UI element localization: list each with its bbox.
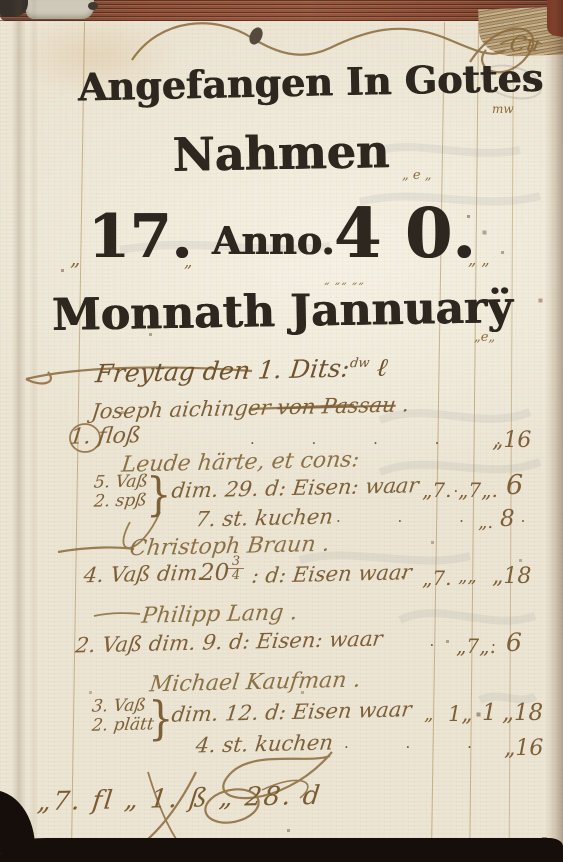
ledger-row: 7. st. kuchen · · · · „. 8 — [0, 506, 563, 536]
ledger-row: Christoph Braun . — [0, 534, 563, 564]
day-heading: Freytag den 1. Dits:dw ℓ — [94, 353, 389, 390]
dot-leaders: · · · — [344, 738, 498, 756]
dot-leaders: · · · · — [336, 512, 551, 530]
goods-quantity: 4. Vaß dim. — [82, 561, 205, 588]
anno-label: Anno. — [212, 218, 335, 263]
ledger-row: 4. st. kuchen · · · „16 — [0, 732, 563, 762]
amount-col2: „. — [478, 512, 493, 533]
fraction-denominator: 4 — [228, 568, 244, 582]
amount-col2: „7„. — [456, 634, 496, 658]
invocation-line-2: Nahmen — [148, 124, 415, 183]
ledger-row: } dim. 12. d: Eisen waar · „ 1„ 1 „18 — [0, 700, 563, 730]
merchant-name: Philipp Lang . — [140, 600, 299, 629]
nahmen-trail-mark: „ e „ — [402, 168, 431, 183]
year-trail-mark: „ „ — [468, 250, 490, 269]
ink-speckles — [0, 0, 1, 1]
ledger-row: 4. Vaß dim. 20 3 4 : d: Eisen waar · „7.… — [0, 562, 563, 592]
month-trail-mark: „e„ — [474, 330, 495, 345]
daily-total: „7. fl „ 1. ß „ 28. d — [36, 781, 324, 817]
merchant-name: Michael Kaufman . — [148, 668, 362, 698]
amount-col3: 6 — [506, 470, 523, 501]
ledger-row: 2. Vaß dim. 9. d: Eisen: waar · · · „7„.… — [0, 630, 563, 660]
amount-col4: „18 — [502, 700, 543, 726]
goods-description: : d: Eisen waar — [250, 560, 413, 588]
amount-col3: 6 — [506, 628, 522, 657]
amount-col2: „„ — [458, 566, 477, 587]
goods-description: 7. st. kuchen — [194, 504, 334, 531]
dot-leaders: · — [396, 706, 427, 724]
goods-description: dim. 12. d: Eisen waar — [170, 697, 413, 726]
top-swash — [132, 23, 505, 60]
goods-quantity: 1. floß — [68, 423, 142, 450]
amount-col3: „16 — [504, 736, 543, 761]
top-ink-blob — [247, 25, 265, 46]
ledger-row: } dim. 29. d: Eisen: waar · · „7. „7„. 6 — [0, 476, 563, 506]
year-main: 4 0. — [334, 194, 476, 274]
ledger-row: Philipp Lang . — [0, 602, 563, 632]
amount-col3: 8 — [500, 506, 515, 532]
amount-col1: „7. — [422, 478, 451, 502]
weight-whole-number: 20 — [200, 560, 229, 586]
merchant-origin-struck: von Passau — [276, 393, 397, 420]
month-superscript-marks: ˝ ˝˝ ˝˝ — [322, 282, 363, 297]
year-mid-mark: „ — [184, 252, 192, 271]
manuscript-page: Cu Angefangen In Gottes mw Nahmen „ e „ … — [0, 0, 563, 862]
amount-col3: „18 — [492, 564, 531, 589]
year-prefix: 17. — [88, 202, 192, 272]
bottom-scan-shadow — [0, 838, 563, 862]
amount-col1: „7. — [422, 566, 451, 590]
month-heading: Monnath Jannuarÿ — [52, 282, 514, 341]
goods-description: 4. st. kuchen — [194, 730, 334, 757]
year-open-mark: „ — [70, 246, 80, 270]
fraction-numerator: 3 — [228, 556, 244, 568]
invocation-trail-mark: mw — [492, 102, 514, 116]
amount-col2: 1„ — [448, 702, 472, 726]
top-edge-dot — [88, 2, 98, 10]
merchant-name: Joseph aichinger von Passau . — [90, 392, 410, 423]
amount-col2: „7„. — [458, 478, 498, 502]
dot-leaders: · · · — [368, 636, 522, 654]
amount-col3: 1 — [482, 700, 497, 726]
day-trail-flourish: ℓ — [375, 353, 389, 382]
invocation-line-1: Angefangen In Gottes — [78, 55, 515, 109]
day-superscript: dw — [349, 356, 370, 371]
goods-description: 2. Vaß dim. 9. d: Eisen: waar — [74, 627, 384, 658]
amount-col1: „ — [424, 704, 433, 725]
goods-description: dim. 29. d: Eisen: waar — [170, 473, 420, 503]
merchant-name-part: Joseph aichinger — [90, 395, 279, 423]
ledger-row: Joseph aichinger von Passau . — [0, 396, 563, 426]
day-heading-text: Freytag den 1. Dits: — [94, 354, 351, 389]
merchant-name-end: . — [394, 392, 410, 416]
corner-note: Cu — [508, 32, 542, 56]
weight-fraction: 3 4 — [228, 556, 244, 582]
